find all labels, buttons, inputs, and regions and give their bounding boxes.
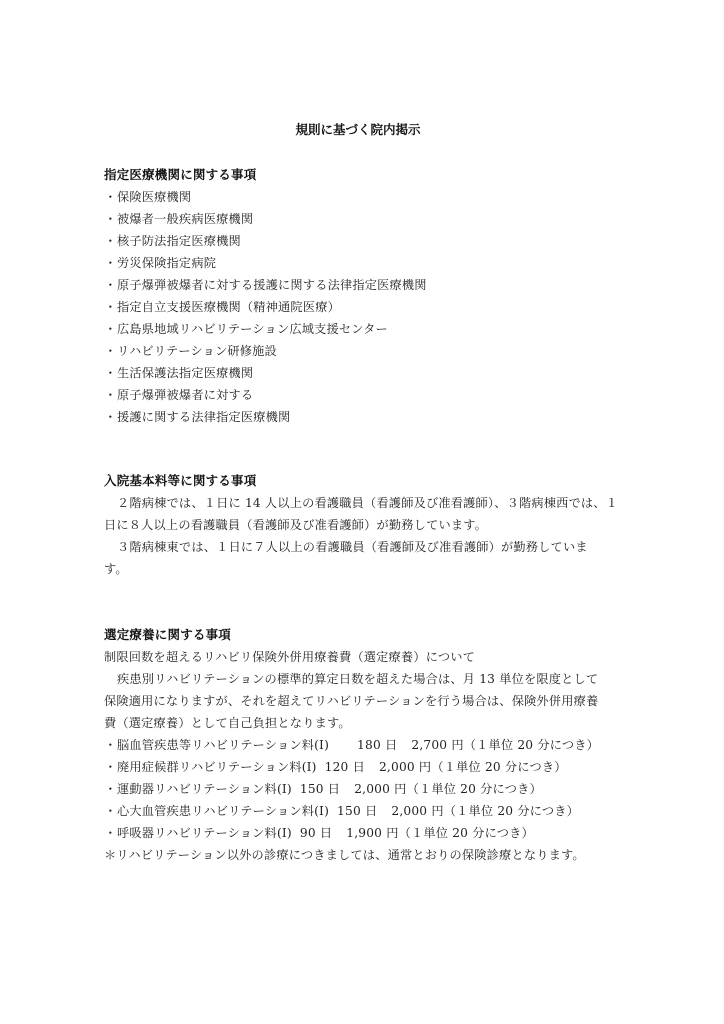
fee-price: 2,000 円 <box>354 782 406 796</box>
bullet-icon: ・ <box>104 822 117 844</box>
fee-unit: （１単位 20 分につき） <box>464 738 599 752</box>
section-designated-institutions: 指定医療機関に関する事項 ・保険医療機関 ・被爆者一般疾病医療機関 ・核子防法指… <box>104 164 624 428</box>
paragraph-line: す。 <box>104 558 624 580</box>
section-hospitalization-fees: 入院基本料等に関する事項 ２階病棟では、１日に 14 人以上の看護職員（看護師及… <box>104 470 624 580</box>
list-item: ・援護に関する法律指定医療機関 <box>104 406 624 428</box>
paragraph-line: 日に８人以上の看護職員（看護師及び准看護師）が勤務しています。 <box>104 514 624 536</box>
bullet-icon: ・ <box>104 186 117 208</box>
bullet-icon: ・ <box>104 340 117 362</box>
paragraph-line: 保険適用になりますが、それを超えてリハビリテーションを行う場合は、保険外併用療養 <box>104 690 624 712</box>
fee-days: 150 日 <box>300 782 340 796</box>
list-item: ・指定自立支援医療機関（精神通院医療） <box>104 296 624 318</box>
section-heading: 指定医療機関に関する事項 <box>104 164 624 186</box>
bullet-icon: ・ <box>104 274 117 296</box>
fee-row: ・廃用症候群リハビリテーション料(Ⅰ)120 日2,000 円（１単位 20 分… <box>104 756 624 778</box>
fee-unit: （１単位 20 分につき） <box>399 826 534 840</box>
fee-row: ・運動器リハビリテーション料(Ⅰ)150 日2,000 円（１単位 20 分につ… <box>104 778 624 800</box>
fee-unit: （１単位 20 分につき） <box>407 782 542 796</box>
bullet-icon: ・ <box>104 208 117 230</box>
section-heading: 入院基本料等に関する事項 <box>104 470 624 492</box>
fee-name: 廃用症候群リハビリテーション料(Ⅰ) <box>117 760 317 774</box>
bullet-icon: ・ <box>104 296 117 318</box>
bullet-icon: ・ <box>104 384 117 406</box>
fee-name: 呼吸器リハビリテーション料(Ⅰ) <box>117 826 292 840</box>
bullet-icon: ・ <box>104 756 117 778</box>
fee-unit: （１単位 20 分につき） <box>444 804 579 818</box>
list-item: ・核子防法指定医療機関 <box>104 230 624 252</box>
section-selective-care: 選定療養に関する事項 制限回数を超えるリハビリ保険外併用療養費（選定療養）につい… <box>104 624 624 866</box>
fee-days: 90 日 <box>300 826 332 840</box>
fee-days: 180 日 <box>357 738 397 752</box>
footnote: ＊リハビリテーション以外の診療につきましては、通常とおりの保険診療となります。 <box>104 844 624 866</box>
bullet-icon: ・ <box>104 800 117 822</box>
paragraph-line: ３階病棟東では、１日に７人以上の看護職員（看護師及び准看護師）が勤務していま <box>104 536 624 558</box>
list-item: ・広島県地域リハビリテーション広域支援センター <box>104 318 624 340</box>
fee-row: ・心大血管疾患リハビリテーション料(Ⅰ)150 日2,000 円（１単位 20 … <box>104 800 624 822</box>
bullet-icon: ・ <box>104 406 117 428</box>
list-item: ・リハビリテーション研修施設 <box>104 340 624 362</box>
list-item: ・原子爆弾被爆者に対する <box>104 384 624 406</box>
list-item: ・生活保護法指定医療機関 <box>104 362 624 384</box>
bullet-icon: ・ <box>104 734 117 756</box>
section-subtitle: 制限回数を超えるリハビリ保険外併用療養費（選定療養）について <box>104 646 624 668</box>
list-item: ・保険医療機関 <box>104 186 624 208</box>
bullet-icon: ・ <box>104 362 117 384</box>
fee-price: 2,700 円 <box>411 738 463 752</box>
fee-name: 脳血管疾患等リハビリテーション料(Ⅰ) <box>117 738 329 752</box>
fee-name: 心大血管疾患リハビリテーション料(Ⅰ) <box>117 804 329 818</box>
section-heading: 選定療養に関する事項 <box>104 624 624 646</box>
document-page: 規則に基づく院内掲示 指定医療機関に関する事項 ・保険医療機関 ・被爆者一般疾病… <box>0 0 724 1024</box>
bullet-icon: ・ <box>104 778 117 800</box>
fee-price: 2,000 円 <box>379 760 431 774</box>
fee-days: 120 日 <box>325 760 365 774</box>
fee-days: 150 日 <box>337 804 377 818</box>
fee-name: 運動器リハビリテーション料(Ⅰ) <box>117 782 292 796</box>
page-title: 規則に基づく院内掲示 <box>0 120 716 140</box>
fee-unit: （１単位 20 分につき） <box>431 760 566 774</box>
paragraph-line: 疾患別リハビリテーションの標準的算定日数を超えた場合は、月 13 単位を限度とし… <box>104 668 624 690</box>
list-item: ・労災保険指定病院 <box>104 252 624 274</box>
fee-row: ・脳血管疾患等リハビリテーション料(Ⅰ)180 日2,700 円（１単位 20 … <box>104 734 624 756</box>
bullet-icon: ・ <box>104 318 117 340</box>
fee-price: 1,900 円 <box>346 826 398 840</box>
list-item: ・被爆者一般疾病医療機関 <box>104 208 624 230</box>
bullet-icon: ・ <box>104 252 117 274</box>
bullet-icon: ・ <box>104 230 117 252</box>
fee-row: ・呼吸器リハビリテーション料(Ⅰ)90 日1,900 円（１単位 20 分につき… <box>104 822 624 844</box>
paragraph-line: ２階病棟では、１日に 14 人以上の看護職員（看護師及び准看護師）、３階病棟西で… <box>104 492 624 514</box>
paragraph-line: 費（選定療養）として自己負担となります。 <box>104 712 624 734</box>
list-item: ・原子爆弾被爆者に対する援護に関する法律指定医療機関 <box>104 274 624 296</box>
fee-price: 2,000 円 <box>391 804 443 818</box>
